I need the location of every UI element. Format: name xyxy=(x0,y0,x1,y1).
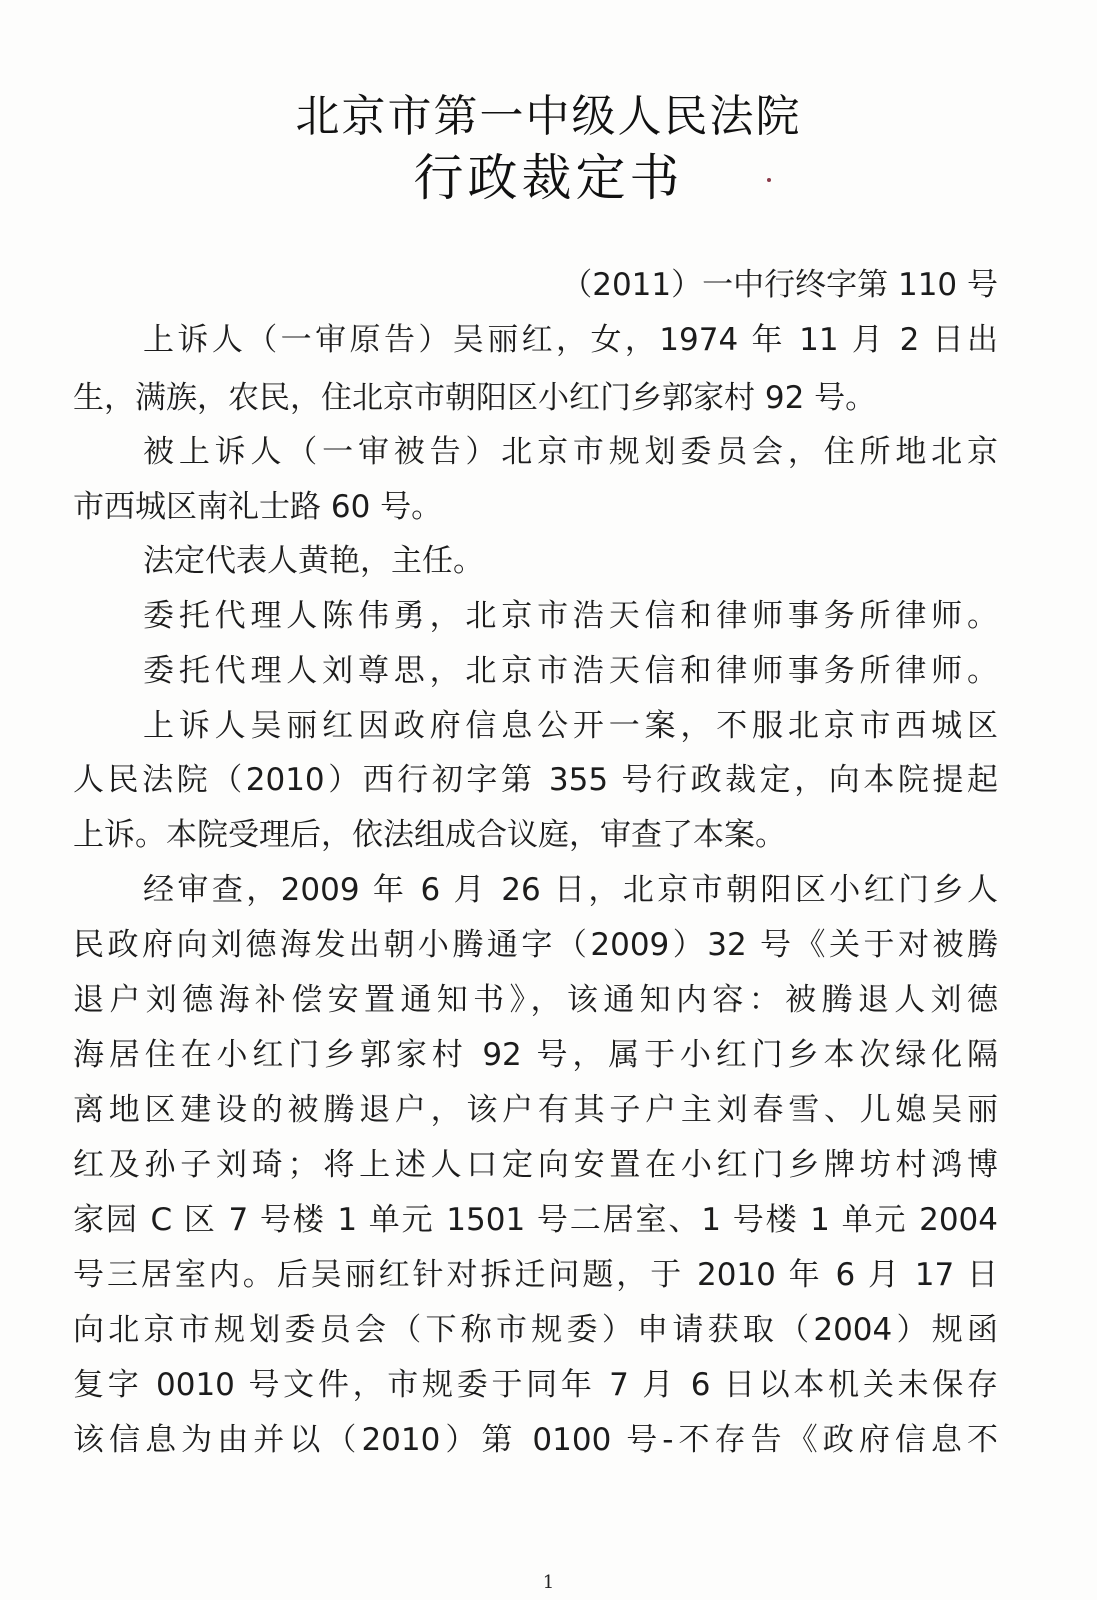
text-line: 经审查，2009 年 6 月 26 日，北京市朝阳区小红门乡人 xyxy=(143,870,998,910)
text-line: 退户刘德海补偿安置通知书》，该通知内容：被腾退人刘德 xyxy=(73,980,998,1020)
text-line: 被上诉人（一审被告）北京市规划委员会，住所地北京 xyxy=(143,432,998,472)
text-line: 上诉人吴丽红因政府信息公开一案，不服北京市西城区 xyxy=(143,706,998,746)
text-line: 民政府向刘德海发出朝小腾通字（2009）32 号《关于对被腾 xyxy=(73,925,998,965)
text-line: 该信息为由并以（2010）第 0100 号-不存告《政府信息不 xyxy=(73,1420,998,1460)
court-name-heading: 北京市第一中级人民法院 xyxy=(0,80,1097,144)
stamp-dot-mark xyxy=(767,178,771,182)
text-line: 向北京市规划委员会（下称市规委）申请获取（2004）规函 xyxy=(73,1310,998,1350)
case-number: （2011）一中行终字第 110 号 xyxy=(73,265,998,305)
text-line: 海居住在小红门乡郭家村 92 号，属于小红门乡本次绿化隔 xyxy=(73,1035,998,1075)
text-line: 红及孙子刘琦；将上述人口定向安置在小红门乡牌坊村鸿博 xyxy=(73,1145,998,1185)
text-line: 复字 0010 号文件，市规委于同年 7 月 6 日以本机关未保存 xyxy=(73,1365,998,1405)
text-line: 市西城区南礼士路 60 号。 xyxy=(73,487,998,527)
text-line: 法定代表人黄艳，主任。 xyxy=(143,541,998,581)
text-line: 号三居室内。后吴丽红针对拆迁问题，于 2010 年 6 月 17 日 xyxy=(73,1255,998,1295)
document-page: 北京市第一中级人民法院 行政裁定书 （2011）一中行终字第 110 号 上诉人… xyxy=(0,0,1097,1600)
page-number: 1 xyxy=(0,1572,1097,1593)
text-line: 家园 C 区 7 号楼 1 单元 1501 号二居室、1 号楼 1 单元 200… xyxy=(73,1200,998,1240)
document-type-heading: 行政裁定书 xyxy=(0,138,1097,210)
text-line: 生，满族，农民，住北京市朝阳区小红门乡郭家村 92 号。 xyxy=(73,378,998,418)
text-line: 上诉。本院受理后，依法组成合议庭，审查了本案。 xyxy=(73,815,998,855)
text-line: 委托代理人刘尊思，北京市浩天信和律师事务所律师。 xyxy=(143,651,998,691)
text-line: 离地区建设的被腾退户，该户有其子户主刘春雪、儿媳吴丽 xyxy=(73,1090,998,1130)
text-line: 委托代理人陈伟勇，北京市浩天信和律师事务所律师。 xyxy=(143,596,998,636)
text-line: 上诉人（一审原告）吴丽红，女，1974 年 11 月 2 日出 xyxy=(143,320,998,360)
text-line: 人民法院（2010）西行初字第 355 号行政裁定，向本院提起 xyxy=(73,760,998,800)
